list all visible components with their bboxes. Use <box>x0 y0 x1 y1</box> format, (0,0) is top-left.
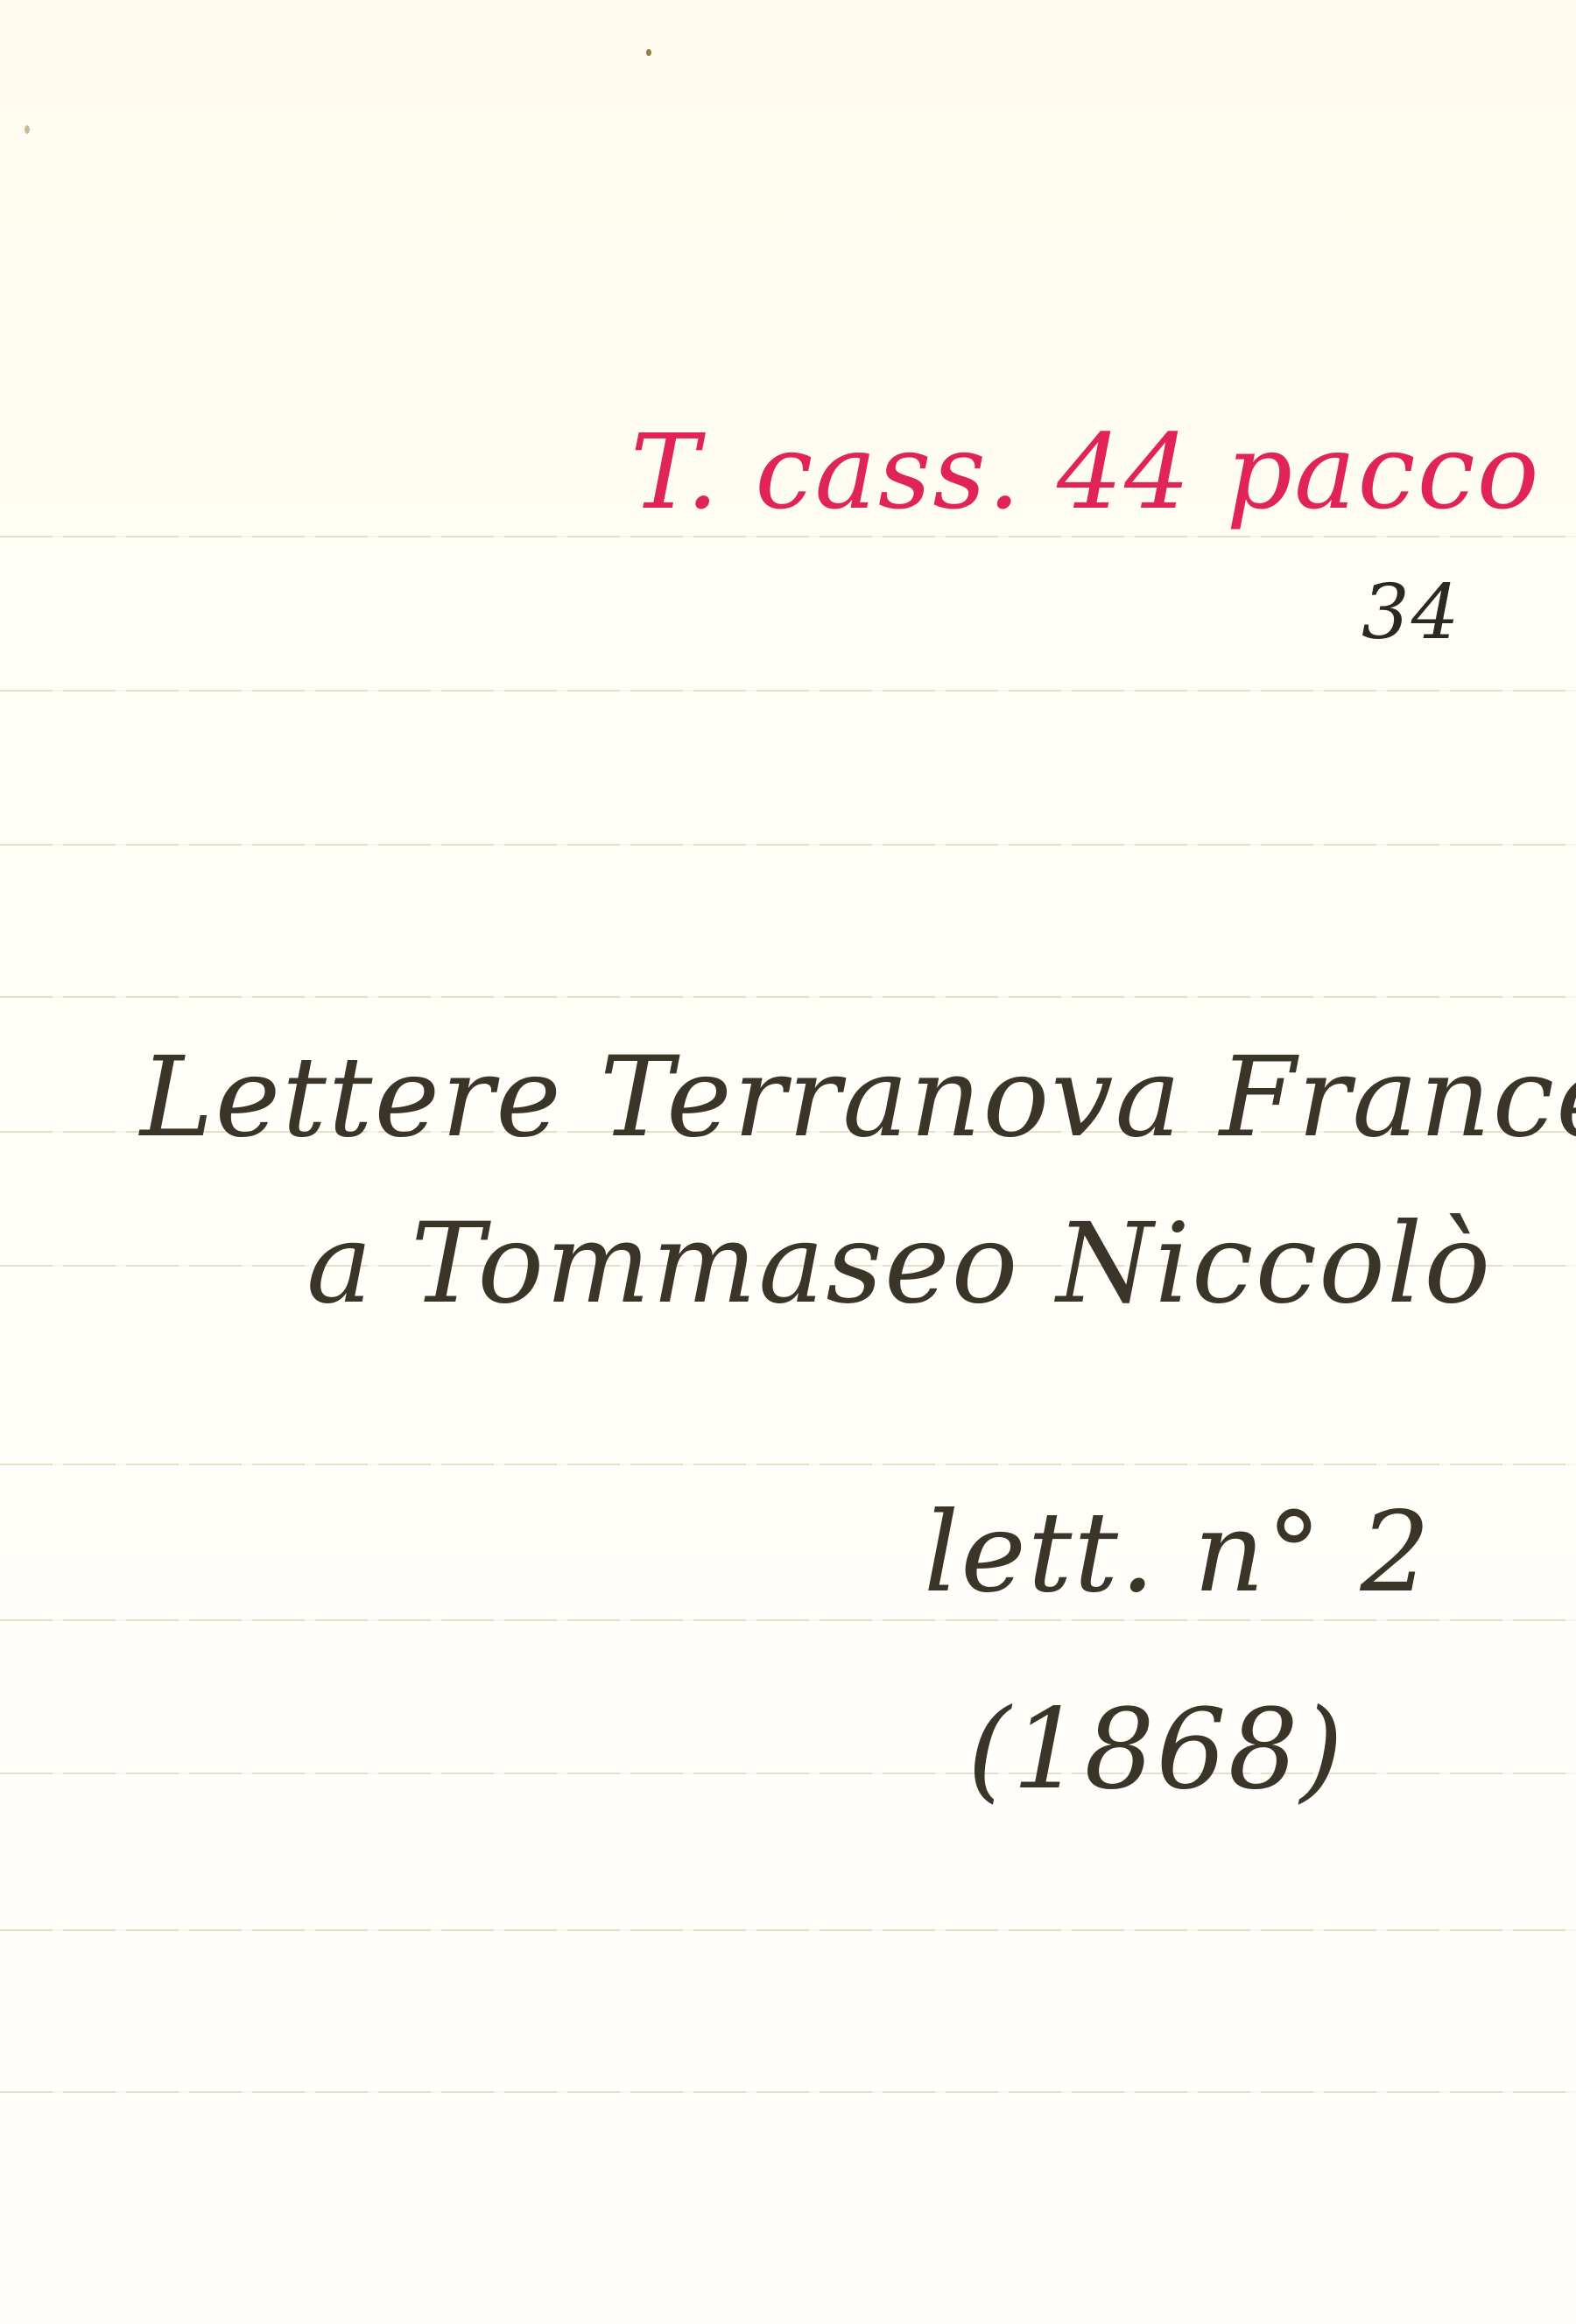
entry-line-1: Lettere Terranova Francesco <box>140 1033 1576 1162</box>
ruled-line <box>0 536 1576 537</box>
ruled-line <box>0 996 1576 998</box>
shelfmark-number: 34 <box>1361 569 1460 656</box>
shelfmark-text: T. cass. 44 pacco 97. <box>630 411 1576 532</box>
ruled-line <box>0 1464 1576 1465</box>
catalog-card: T. cass. 44 pacco 97. 34 Lettere Terrano… <box>0 0 1576 2324</box>
ruled-line <box>0 1619 1576 1621</box>
letters-count: lett. n° 2 <box>924 1488 1432 1617</box>
year: (1868) <box>967 1685 1345 1814</box>
ruled-line <box>0 844 1576 846</box>
ruled-line <box>0 2091 1576 2093</box>
ruled-line <box>0 690 1576 692</box>
ruled-line <box>0 1929 1576 1931</box>
paper-speck <box>25 125 30 134</box>
entry-line-2: a Tommaseo Niccolò <box>306 1199 1492 1328</box>
paper-speck <box>646 49 651 56</box>
